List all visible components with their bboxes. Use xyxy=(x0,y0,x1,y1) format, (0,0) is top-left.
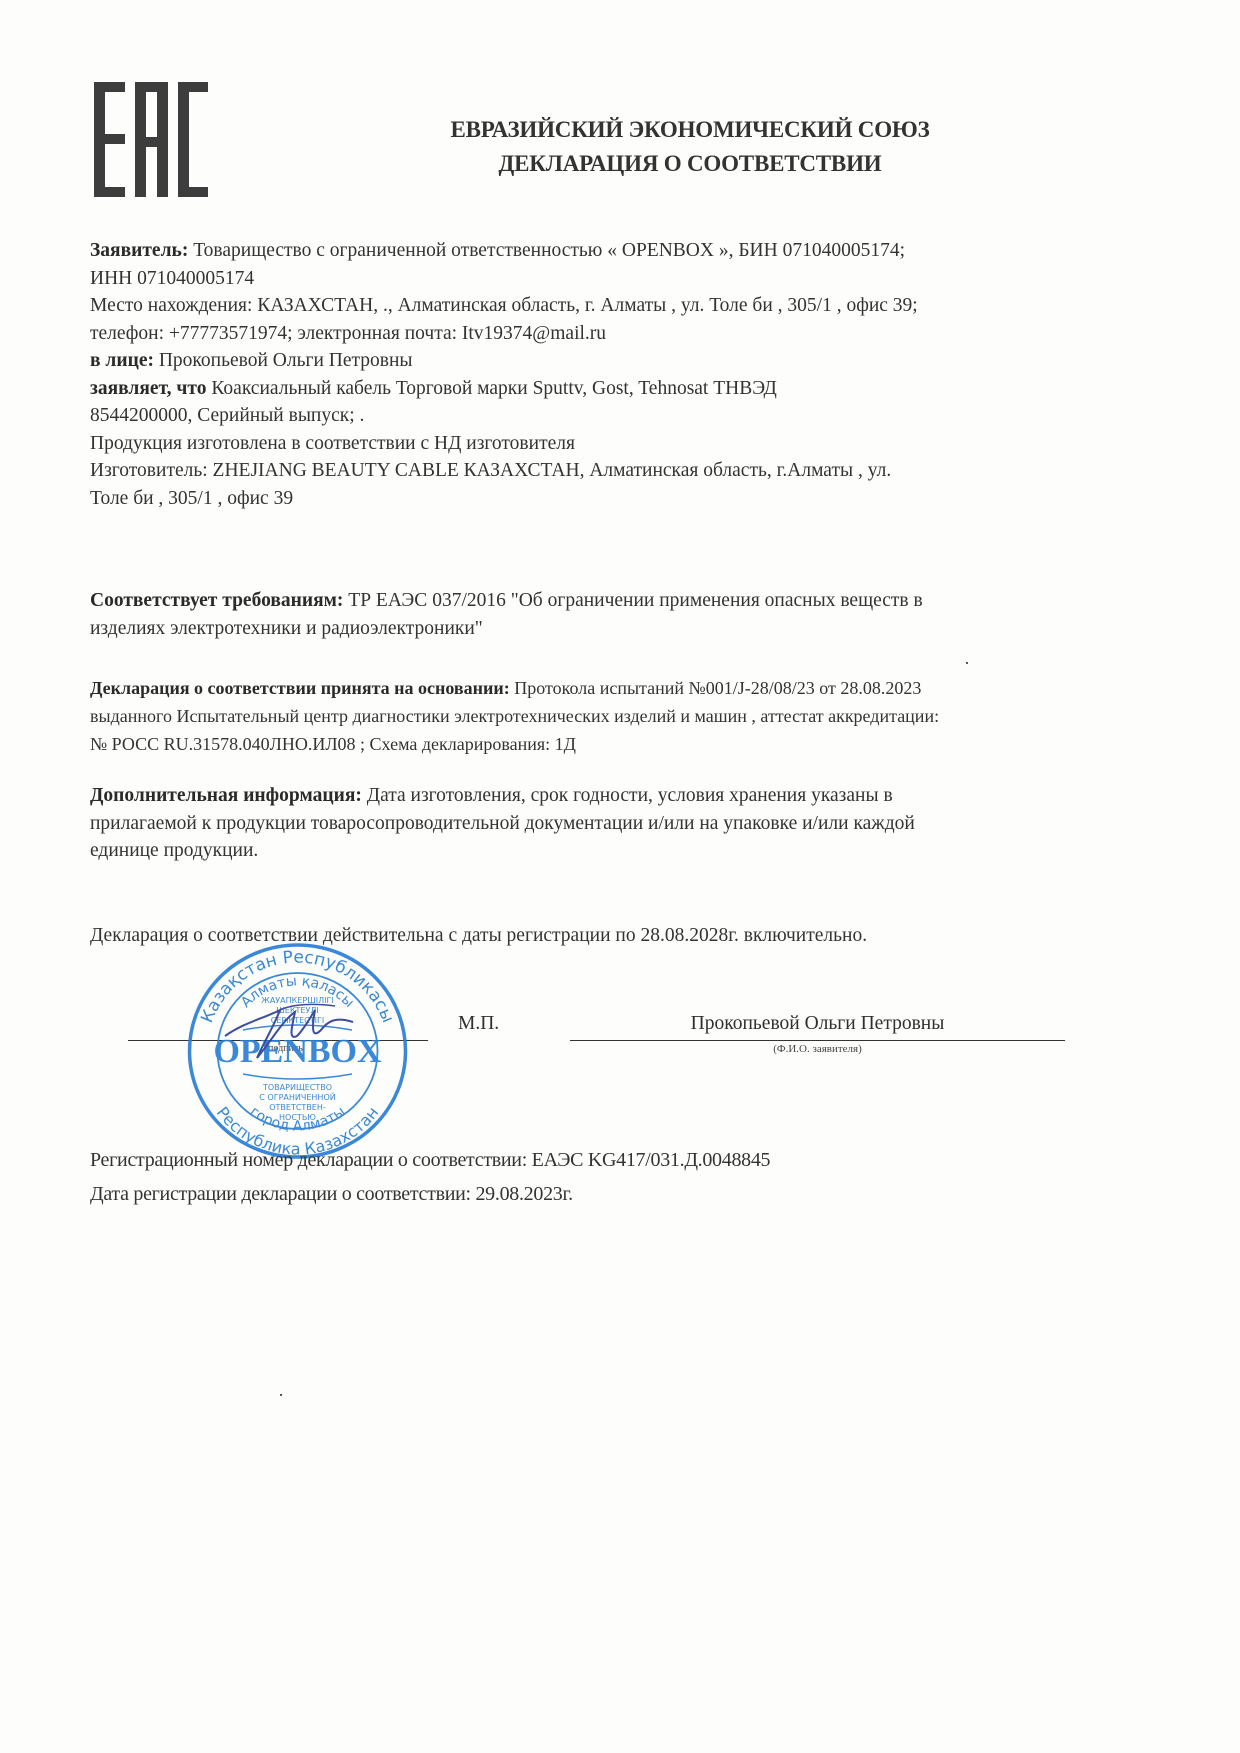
additional-info-section: Дополнительная информация: Дата изготовл… xyxy=(90,782,1150,865)
seal-place-label: М.П. xyxy=(458,1013,499,1035)
name-caption: (Ф.И.О. заявителя) xyxy=(570,1043,1065,1055)
additional-end: единице продукции. xyxy=(90,837,1150,865)
scan-speck xyxy=(966,662,968,664)
scan-speck xyxy=(280,1394,282,1396)
applicant-address: Место нахождения: КАЗАХСТАН, ., Алматинс… xyxy=(90,292,1150,320)
represented-label: в лице: xyxy=(90,350,154,371)
applicant-inn: ИНН 071040005174 xyxy=(90,265,1150,293)
additional-label: Дополнительная информация: xyxy=(90,785,362,806)
basis-issuer: выданного Испытательный центр диагностик… xyxy=(90,702,1150,730)
conforms-value: ТР ЕАЭС 037/2016 "Об ограничении примене… xyxy=(343,590,922,611)
svg-text:ОТВЕТСТВЕН-: ОТВЕТСТВЕН- xyxy=(269,1103,326,1112)
additional-line: Дополнительная информация: Дата изготовл… xyxy=(90,782,1150,810)
svg-text:С ОГРАНИЧЕННОЙ: С ОГРАНИЧЕННОЙ xyxy=(259,1091,335,1102)
header-union-title: ЕВРАЗИЙСКИЙ ЭКОНОМИЧЕСКИЙ СОЮЗ xyxy=(390,113,990,147)
conforms-continuation: изделиях электротехники и радиоэлектрони… xyxy=(90,615,1150,643)
basis-label: Декларация о соответствии принята на осн… xyxy=(90,678,510,698)
registration-date: Дата регистрации декларации о соответств… xyxy=(90,1177,1150,1211)
document-header: ЕВРАЗИЙСКИЙ ЭКОНОМИЧЕСКИЙ СОЮЗ ДЕКЛАРАЦИ… xyxy=(390,113,990,181)
declares-value: Коаксиальный кабель Торговой марки Sputt… xyxy=(207,378,777,399)
manufacturer-line: Изготовитель: ZHEJIANG BEAUTY CABLE КАЗА… xyxy=(90,457,1150,485)
additional-continuation: прилагаемой к продукции товаросопроводит… xyxy=(90,810,1150,838)
declares-label: заявляет, что xyxy=(90,378,207,399)
applicant-value: Товарищество с ограниченной ответственно… xyxy=(188,240,905,261)
declares-line: заявляет, что Коаксиальный кабель Торгов… xyxy=(90,375,1150,403)
svg-text:ТОВАРИЩЕСТВО: ТОВАРИЩЕСТВО xyxy=(262,1083,332,1092)
basis-section: Декларация о соответствии принята на осн… xyxy=(90,674,1150,758)
manufacturer-continuation: Толе би , 305/1 , офис 39 xyxy=(90,485,1150,513)
applicant-section: Заявитель: Товарищество с ограниченной о… xyxy=(90,237,1150,512)
svg-text:OPENBOX: OPENBOX xyxy=(213,1033,382,1070)
basis-value: Протокола испытаний №001/J-28/08/23 от 2… xyxy=(510,678,922,698)
declares-continuation: 8544200000, Серийный выпуск; . xyxy=(90,402,1150,430)
svg-text:СЕРІКТЕСТІГІ: СЕРІКТЕСТІГІ xyxy=(271,1016,325,1025)
additional-value: Дата изготовления, срок годности, услови… xyxy=(362,785,893,806)
svg-text:НОСТЬЮ: НОСТЬЮ xyxy=(279,1113,316,1122)
applicant-line: Заявитель: Товарищество с ограниченной о… xyxy=(90,237,1150,265)
eac-mark-icon xyxy=(94,82,208,197)
applicant-full-name: Прокопьевой Ольги Петровны xyxy=(570,1013,1065,1035)
svg-text:ЖАУАПКЕРШІЛІГІ: ЖАУАПКЕРШІЛІГІ xyxy=(261,996,334,1005)
represented-value: Прокопьевой Ольги Петровны xyxy=(154,350,413,371)
company-stamp-icon: Казақстан Республикасы Алматы қаласы Рес… xyxy=(185,940,410,1162)
basis-accreditation: № РОСС RU.31578.040ЛНО.ИЛ08 ; Схема декл… xyxy=(90,730,1150,758)
applicant-label: Заявитель: xyxy=(90,240,188,261)
conforms-line: Соответствует требованиям: ТР ЕАЭС 037/2… xyxy=(90,587,1150,615)
declaration-page: ЕВРАЗИЙСКИЙ ЭКОНОМИЧЕСКИЙ СОЮЗ ДЕКЛАРАЦИ… xyxy=(0,0,1240,1753)
registration-number: Регистрационный номер декларации о соотв… xyxy=(90,1143,1150,1177)
registration-section: Регистрационный номер декларации о соотв… xyxy=(90,1143,1150,1211)
produced-line: Продукция изготовлена в соответствии с Н… xyxy=(90,430,1150,458)
conforms-label: Соответствует требованиям: xyxy=(90,590,343,611)
represented-line: в лице: Прокопьевой Ольги Петровны xyxy=(90,347,1150,375)
name-line xyxy=(570,1040,1065,1041)
basis-line: Декларация о соответствии принята на осн… xyxy=(90,674,1150,702)
conforms-section: Соответствует требованиям: ТР ЕАЭС 037/2… xyxy=(90,587,1150,642)
applicant-contacts: телефон: +77773571974; электронная почта… xyxy=(90,320,1150,348)
header-declaration-title: ДЕКЛАРАЦИЯ О СООТВЕТСТВИИ xyxy=(390,147,990,181)
